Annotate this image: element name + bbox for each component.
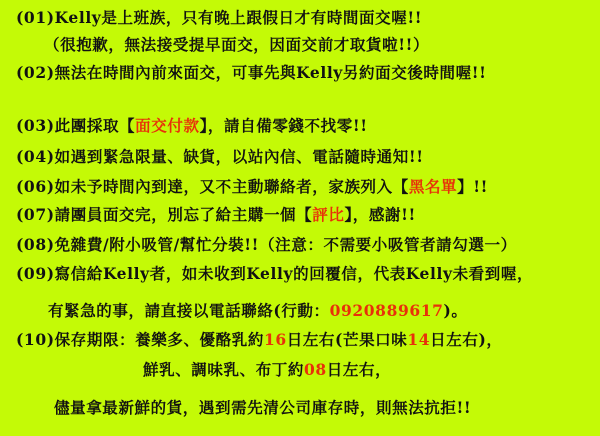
rule-01-note: （很抱歉，無法接受提早面交，因面交前才取貨啦!!） bbox=[44, 35, 429, 55]
rule-text: （很抱歉，無法接受提早面交，因面交前才取貨啦!!） bbox=[44, 35, 429, 54]
rule-number: (07) bbox=[16, 205, 55, 224]
rule-text: 鮮乳、調味乳、布丁約 bbox=[143, 360, 304, 379]
rule-text: 日左右， bbox=[327, 360, 391, 379]
rule-text: 免雜費/附小吸管/幫忙分裝!!（注意：不需要小吸管者請勾選一） bbox=[55, 235, 517, 254]
rule-text: 此團採取【 bbox=[55, 116, 136, 135]
rule-text: 】，請自備零錢不找零!! bbox=[200, 116, 368, 135]
rule-07: (07)請團員面交完，別忘了給主購一個【評比】，感謝!! bbox=[16, 205, 416, 225]
highlight-payment: 面交付款 bbox=[135, 116, 199, 135]
rule-number: (04) bbox=[16, 147, 55, 166]
rule-06: (06)如未予時間內到達，又不主動聯絡者，家族列入【黑名單】!! bbox=[16, 177, 488, 197]
rule-text: 保存期限：養樂多、優酪乳約 bbox=[55, 330, 264, 349]
rule-10-milk: 鮮乳、調味乳、布丁約08日左右， bbox=[143, 360, 391, 380]
days-yakult: 16 bbox=[264, 330, 287, 349]
rule-text: 有緊急的事，請直接以電話聯絡(行動： bbox=[48, 301, 330, 320]
rule-number: (08) bbox=[16, 235, 55, 254]
rule-10-note: 儘量拿最新鮮的貨，遇到需先清公司庫存時，則無法抗拒!! bbox=[54, 398, 471, 418]
rule-02: (02)無法在時間內前來面交，可事先與Kelly另約面交後時間喔!! bbox=[16, 63, 487, 83]
rule-03: (03)此團採取【面交付款】，請自備零錢不找零!! bbox=[16, 116, 368, 136]
days-mango: 14 bbox=[407, 330, 430, 349]
rule-number: (06) bbox=[16, 177, 55, 196]
rule-text: 】，感謝!! bbox=[344, 205, 415, 224]
days-milk: 08 bbox=[304, 360, 327, 379]
rule-text: Kelly是上班族，只有晚上跟假日才有時間面交喔!! bbox=[55, 8, 423, 27]
rule-text: 日左右(芒果口味 bbox=[287, 330, 408, 349]
highlight-blacklist: 黑名單 bbox=[409, 177, 457, 196]
rule-text: )。 bbox=[444, 301, 468, 320]
rule-text: 寫信給Kelly者，如未收到Kelly的回覆信，代表Kelly未看到喔， bbox=[55, 264, 533, 283]
rule-text: 如未予時間內到達，又不主動聯絡者，家族列入【 bbox=[55, 177, 409, 196]
rule-08: (08)免雜費/附小吸管/幫忙分裝!!（注意：不需要小吸管者請勾選一） bbox=[16, 235, 517, 255]
rule-text: 請團員面交完，別忘了給主購一個【 bbox=[55, 205, 313, 224]
notice-board: (01)Kelly是上班族，只有晚上跟假日才有時間面交喔!! （很抱歉，無法接受… bbox=[0, 0, 600, 436]
rule-text: 】!! bbox=[457, 177, 488, 196]
rule-number: (03) bbox=[16, 116, 55, 135]
highlight-rating: 評比 bbox=[312, 205, 344, 224]
rule-text: 如遇到緊急限量、缺貨，以站內信、電話隨時通知!! bbox=[55, 147, 424, 166]
rule-10: (10)保存期限：養樂多、優酪乳約16日左右(芒果口味14日左右)， bbox=[16, 330, 503, 350]
rule-01: (01)Kelly是上班族，只有晚上跟假日才有時間面交喔!! bbox=[16, 8, 422, 28]
rule-text: 日左右)， bbox=[430, 330, 502, 349]
rule-text: 無法在時間內前來面交，可事先與Kelly另約面交後時間喔!! bbox=[55, 63, 487, 82]
rule-number: (10) bbox=[16, 330, 55, 349]
rule-number: (02) bbox=[16, 63, 55, 82]
rule-number: (09) bbox=[16, 264, 55, 283]
rule-text: 儘量拿最新鮮的貨，遇到需先清公司庫存時，則無法抗拒!! bbox=[54, 398, 471, 417]
rule-09-note: 有緊急的事，請直接以電話聯絡(行動：0920889617)。 bbox=[48, 301, 468, 321]
rule-04: (04)如遇到緊急限量、缺貨，以站內信、電話隨時通知!! bbox=[16, 147, 424, 167]
rule-number: (01) bbox=[16, 8, 55, 27]
rule-09: (09)寫信給Kelly者，如未收到Kelly的回覆信，代表Kelly未看到喔， bbox=[16, 264, 533, 284]
phone-number: 0920889617 bbox=[330, 301, 444, 320]
